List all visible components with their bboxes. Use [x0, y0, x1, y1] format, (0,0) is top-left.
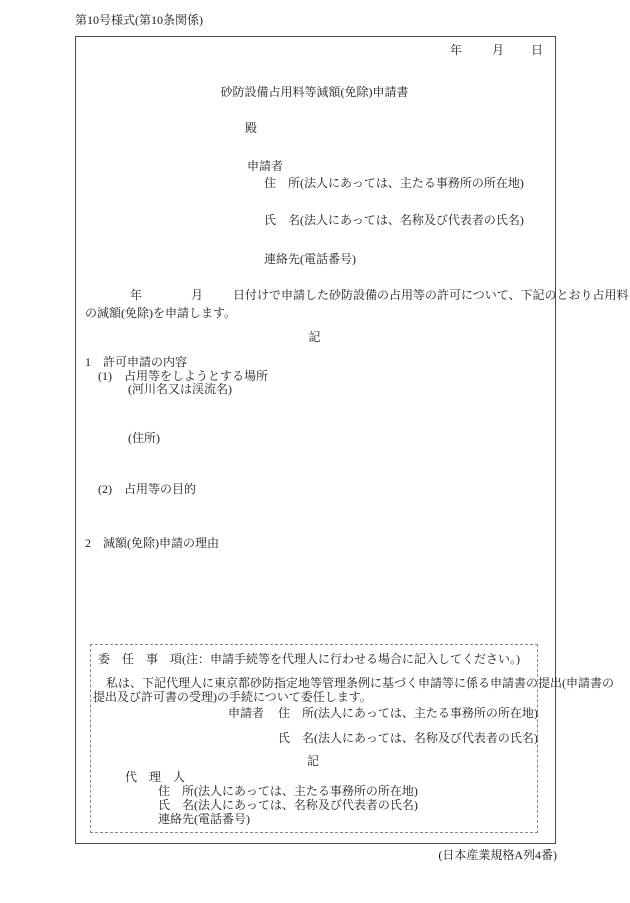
delegation-applicant-label: 申請者 — [228, 706, 264, 720]
applicant-contact-label: 連絡先(電話番号) — [264, 252, 356, 266]
addressee-label: 殿 — [245, 121, 257, 135]
applicant-name-label: 氏 名(法人にあっては、名称及び代表者の氏名) — [264, 213, 524, 227]
item-1-1-place: (1) 占用等をしようとする場所 — [98, 369, 268, 383]
form-number-label: 第10号様式(第10条関係) — [75, 13, 203, 27]
delegation-heading: 委 任 事 項(注：申請手続等を代理人に行わせる場合に記入してください。) — [98, 652, 520, 666]
delegation-statement-line1: 私は、下記代理人に東京都砂防指定地等管理条例に基づく申請等に係る申請書の提出(申… — [94, 676, 614, 690]
date-day-label: 日 — [531, 43, 543, 57]
delegation-statement-line2: 提出及び許可書の受理)の手続について委任します。 — [93, 690, 372, 704]
document-page: 第10号様式(第10条関係) 年 月 日 砂防設備占用料等減額(免除)申請書 殿… — [0, 0, 630, 903]
note-address: (住所) — [128, 431, 160, 445]
delegation-record-marker: 記 — [90, 754, 536, 768]
note-river-name: (河川名又は渓流名) — [128, 382, 232, 396]
document-title: 砂防設備占用料等減額(免除)申請書 — [75, 85, 554, 99]
item-2-reason: 2 減額(免除)申請の理由 — [85, 536, 219, 550]
delegation-applicant-name-label: 氏 名(法人にあっては、名称及び代表者の氏名) — [278, 731, 538, 745]
item-1-permit-contents: 1 許可申請の内容 — [85, 355, 187, 369]
applicant-address-label: 住 所(法人にあっては、主たる事務所の所在地) — [264, 176, 524, 190]
agent-label: 代 理 人 — [125, 770, 185, 784]
item-1-2-purpose: (2) 占用等の目的 — [98, 482, 196, 496]
statement-month-label: 月 — [191, 288, 203, 302]
agent-address-label: 住 所(法人にあっては、主たる事務所の所在地) — [158, 784, 418, 798]
statement-year-label: 年 — [130, 288, 142, 302]
paper-size-note: (日本産業規格A列4番) — [75, 848, 557, 862]
statement-line2: の減額(免除)を申請します。 — [85, 306, 236, 320]
statement-line1: 日付けで申請した砂防設備の占用等の許可について、下記のとおり占用料 — [233, 288, 629, 302]
delegation-applicant-address-label: 住 所(法人にあっては、主たる事務所の所在地) — [278, 706, 538, 720]
agent-name-label: 氏 名(法人にあっては、名称及び代表者の氏名) — [158, 798, 418, 812]
date-month-label: 月 — [492, 43, 504, 57]
record-marker: 記 — [75, 330, 554, 344]
agent-contact-label: 連絡先(電話番号) — [158, 812, 250, 826]
applicant-section-label: 申請者 — [247, 159, 283, 173]
date-year-label: 年 — [450, 43, 462, 57]
